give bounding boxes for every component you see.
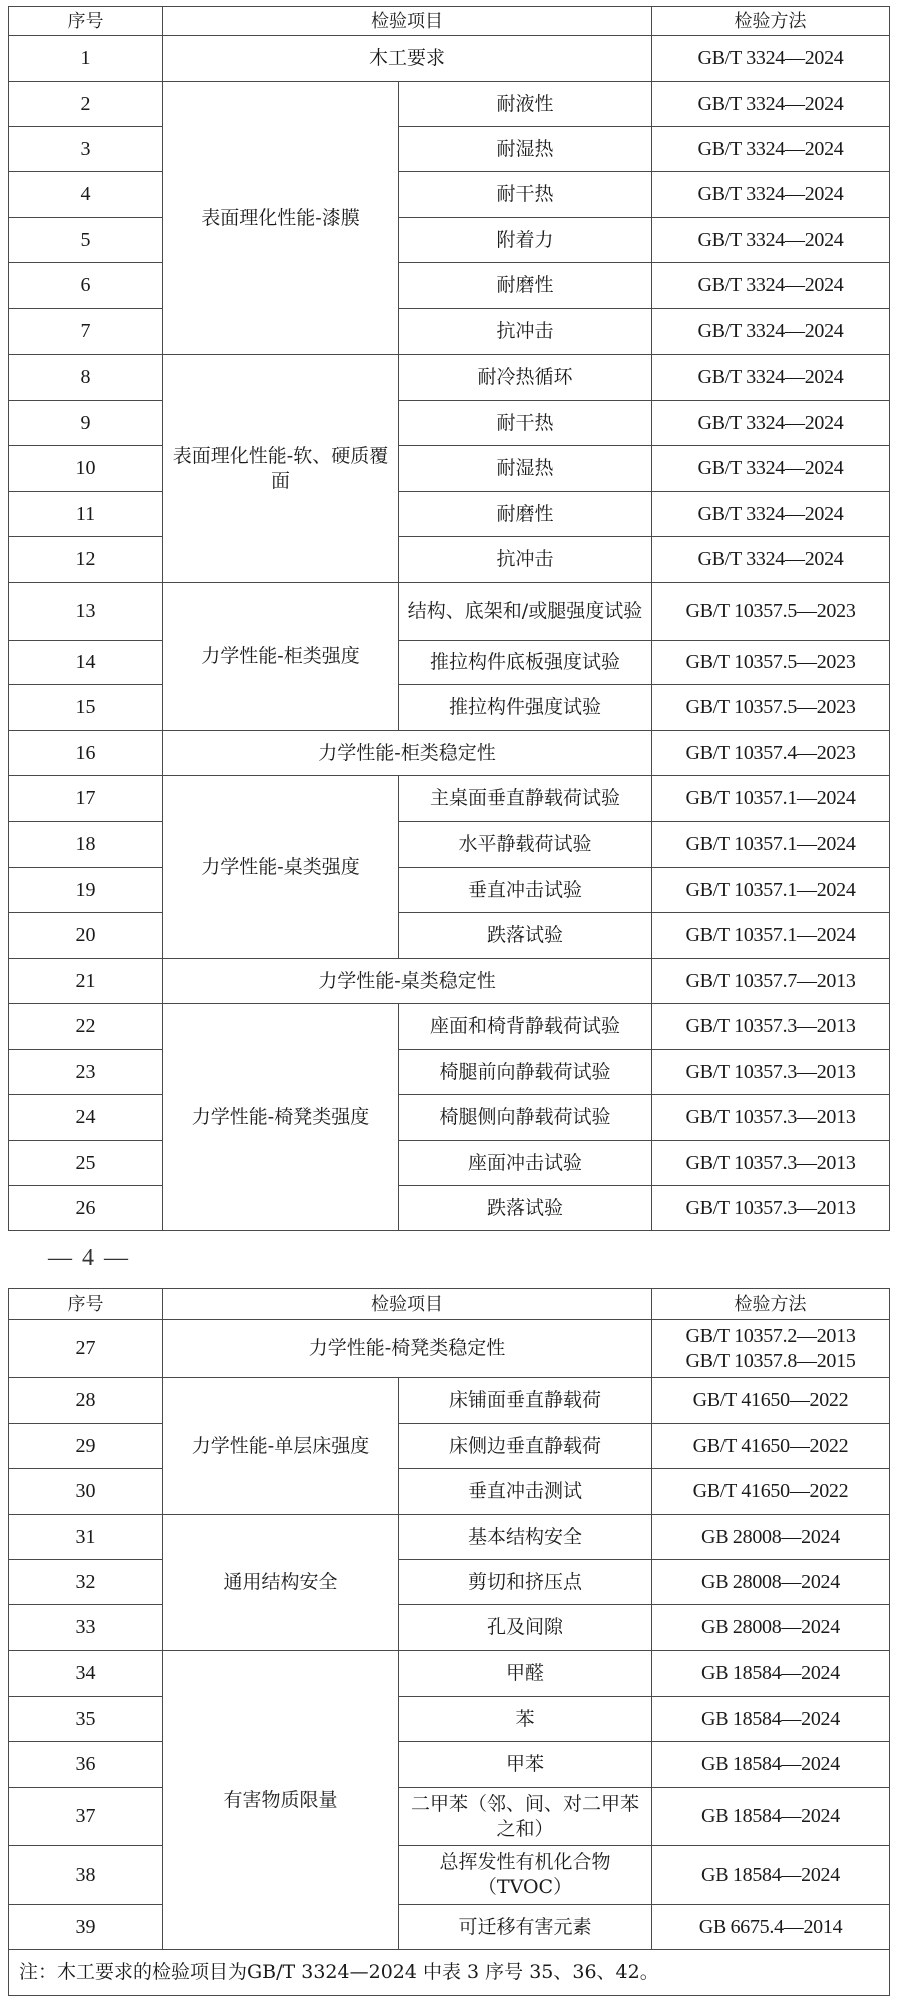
inspection-method: GB/T 10357.4—2023 [652, 731, 890, 776]
method-standard: GB/T 10357.3—2013 [658, 1060, 883, 1085]
inspection-method: GB/T 3324—2024 [652, 537, 890, 583]
row-number: 39 [9, 1905, 163, 1950]
method-standard: GB/T 10357.1—2024 [658, 923, 883, 948]
inspection-subitem: 推拉构件强度试验 [399, 685, 652, 731]
row-number: 34 [9, 1651, 163, 1697]
table-row: 14推拉构件底板强度试验GB/T 10357.5—2023 [9, 641, 890, 685]
table-row: 20跌落试验GB/T 10357.1—2024 [9, 913, 890, 959]
table-row: 34有害物质限量甲醛GB 18584—2024 [9, 1651, 890, 1697]
method-standard: GB/T 41650—2022 [658, 1388, 883, 1413]
table-row: 5附着力GB/T 3324—2024 [9, 218, 890, 263]
inspection-method: GB 6675.4—2014 [652, 1905, 890, 1950]
row-number: 7 [9, 309, 163, 355]
row-number: 20 [9, 913, 163, 959]
inspection-subitem: 孔及间隙 [399, 1605, 652, 1651]
method-standard: GB 28008—2024 [658, 1570, 883, 1595]
inspection-method: GB/T 10357.5—2023 [652, 685, 890, 731]
method-standard: GB/T 3324—2024 [658, 411, 883, 436]
inspection-subitem: 椅腿侧向静载荷试验 [399, 1095, 652, 1141]
inspection-method: GB 18584—2024 [652, 1788, 890, 1846]
inspection-group: 表面理化性能-漆膜 [163, 82, 399, 355]
inspection-method: GB 28008—2024 [652, 1515, 890, 1560]
inspection-subitem: 附着力 [399, 218, 652, 263]
table-row: 1木工要求GB/T 3324—2024 [9, 36, 890, 82]
inspection-item: 力学性能-柜类稳定性 [163, 731, 652, 776]
row-number: 36 [9, 1742, 163, 1788]
method-standard: GB/T 10357.3—2013 [658, 1014, 883, 1039]
header-num: 序号 [9, 1289, 163, 1320]
table-row: 23椅腿前向静载荷试验GB/T 10357.3—2013 [9, 1050, 890, 1095]
inspection-subitem: 结构、底架和/或腿强度试验 [399, 583, 652, 641]
row-number: 23 [9, 1050, 163, 1095]
table-row: 29床侧边垂直静载荷GB/T 41650—2022 [9, 1424, 890, 1469]
row-number: 15 [9, 685, 163, 731]
inspection-table-2: 序号 检验项目 检验方法 27力学性能-椅凳类稳定性GB/T 10357.2—2… [8, 1288, 890, 1996]
row-number: 26 [9, 1186, 163, 1231]
inspection-method: GB/T 3324—2024 [652, 172, 890, 218]
inspection-method: GB/T 3324—2024 [652, 492, 890, 537]
table-row: 22力学性能-椅凳类强度座面和椅背静载荷试验GB/T 10357.3—2013 [9, 1004, 890, 1050]
method-standard: GB/T 3324—2024 [658, 319, 883, 344]
method-standard: GB 18584—2024 [658, 1707, 883, 1732]
inspection-method: GB 18584—2024 [652, 1742, 890, 1788]
inspection-method: GB/T 3324—2024 [652, 82, 890, 127]
header-method: 检验方法 [652, 1289, 890, 1320]
inspection-method: GB/T 10357.1—2024 [652, 913, 890, 959]
table-row: 12抗冲击GB/T 3324—2024 [9, 537, 890, 583]
method-standard: GB/T 3324—2024 [658, 182, 883, 207]
table-row: 28力学性能-单层床强度床铺面垂直静载荷GB/T 41650—2022 [9, 1378, 890, 1424]
inspection-group: 力学性能-柜类强度 [163, 583, 399, 731]
method-standard: GB/T 10357.1—2024 [658, 832, 883, 857]
inspection-subitem: 总挥发性有机化合物（TVOC） [399, 1846, 652, 1905]
row-number: 33 [9, 1605, 163, 1651]
inspection-method: GB/T 3324—2024 [652, 446, 890, 492]
inspection-method: GB/T 3324—2024 [652, 127, 890, 172]
table-row: 31通用结构安全基本结构安全GB 28008—2024 [9, 1515, 890, 1560]
table-row: 16力学性能-柜类稳定性GB/T 10357.4—2023 [9, 731, 890, 776]
method-standard: GB/T 3324—2024 [658, 456, 883, 481]
row-number: 8 [9, 355, 163, 401]
table-row: 9耐干热GB/T 3324—2024 [9, 401, 890, 446]
inspection-method: GB/T 10357.3—2013 [652, 1186, 890, 1231]
inspection-subitem: 抗冲击 [399, 309, 652, 355]
row-number: 12 [9, 537, 163, 583]
row-number: 11 [9, 492, 163, 537]
inspection-method: GB/T 3324—2024 [652, 355, 890, 401]
inspection-subitem: 座面和椅背静载荷试验 [399, 1004, 652, 1050]
inspection-subitem: 甲苯 [399, 1742, 652, 1788]
table-header-row: 序号 检验项目 检验方法 [9, 1289, 890, 1320]
table-row: 17力学性能-桌类强度主桌面垂直静载荷试验GB/T 10357.1—2024 [9, 776, 890, 822]
table-row: 25座面冲击试验GB/T 10357.3—2013 [9, 1141, 890, 1186]
method-standard: GB 6675.4—2014 [658, 1915, 883, 1940]
inspection-subitem: 苯 [399, 1697, 652, 1742]
inspection-method: GB 28008—2024 [652, 1560, 890, 1605]
table-row: 38总挥发性有机化合物（TVOC）GB 18584—2024 [9, 1846, 890, 1905]
inspection-subitem: 主桌面垂直静载荷试验 [399, 776, 652, 822]
method-standard: GB/T 10357.5—2023 [658, 650, 883, 675]
inspection-item: 木工要求 [163, 36, 652, 82]
inspection-method: GB/T 10357.5—2023 [652, 583, 890, 641]
inspection-method: GB/T 3324—2024 [652, 218, 890, 263]
inspection-subitem: 剪切和挤压点 [399, 1560, 652, 1605]
table-row: 36甲苯GB 18584—2024 [9, 1742, 890, 1788]
row-number: 1 [9, 36, 163, 82]
inspection-method: GB/T 3324—2024 [652, 263, 890, 309]
inspection-subitem: 床侧边垂直静载荷 [399, 1424, 652, 1469]
inspection-method: GB 18584—2024 [652, 1697, 890, 1742]
inspection-subitem: 水平静载荷试验 [399, 822, 652, 868]
inspection-subitem: 可迁移有害元素 [399, 1905, 652, 1950]
table-row: 32剪切和挤压点GB 28008—2024 [9, 1560, 890, 1605]
table-row: 4耐干热GB/T 3324—2024 [9, 172, 890, 218]
inspection-subitem: 甲醛 [399, 1651, 652, 1697]
table-row: 2表面理化性能-漆膜耐液性GB/T 3324—2024 [9, 82, 890, 127]
method-standard: GB/T 10357.5—2023 [658, 695, 883, 720]
table-row: 39可迁移有害元素GB 6675.4—2014 [9, 1905, 890, 1950]
row-number: 13 [9, 583, 163, 641]
inspection-method: GB/T 10357.3—2013 [652, 1004, 890, 1050]
inspection-method: GB/T 41650—2022 [652, 1424, 890, 1469]
table-row: 13力学性能-柜类强度结构、底架和/或腿强度试验GB/T 10357.5—202… [9, 583, 890, 641]
inspection-method: GB/T 10357.2—2013GB/T 10357.8—2015 [652, 1320, 890, 1378]
inspection-subitem: 耐冷热循环 [399, 355, 652, 401]
inspection-subitem: 跌落试验 [399, 1186, 652, 1231]
row-number: 21 [9, 959, 163, 1004]
row-number: 19 [9, 868, 163, 913]
row-number: 35 [9, 1697, 163, 1742]
inspection-method: GB/T 10357.3—2013 [652, 1095, 890, 1141]
table-row: 11耐磨性GB/T 3324—2024 [9, 492, 890, 537]
inspection-group: 有害物质限量 [163, 1651, 399, 1950]
row-number: 29 [9, 1424, 163, 1469]
row-number: 2 [9, 82, 163, 127]
method-standard: GB 18584—2024 [658, 1752, 883, 1777]
row-number: 31 [9, 1515, 163, 1560]
inspection-subitem: 座面冲击试验 [399, 1141, 652, 1186]
row-number: 25 [9, 1141, 163, 1186]
inspection-method: GB/T 10357.1—2024 [652, 822, 890, 868]
inspection-method: GB/T 10357.1—2024 [652, 776, 890, 822]
inspection-group: 表面理化性能-软、硬质覆面 [163, 355, 399, 583]
inspection-subitem: 床铺面垂直静载荷 [399, 1378, 652, 1424]
inspection-method: GB/T 41650—2022 [652, 1378, 890, 1424]
inspection-method: GB/T 3324—2024 [652, 36, 890, 82]
inspection-method: GB/T 10357.3—2013 [652, 1141, 890, 1186]
inspection-subitem: 耐液性 [399, 82, 652, 127]
row-number: 4 [9, 172, 163, 218]
method-standard: GB/T 10357.5—2023 [658, 599, 883, 624]
table-row: 7抗冲击GB/T 3324—2024 [9, 309, 890, 355]
inspection-method: GB 28008—2024 [652, 1605, 890, 1651]
row-number: 24 [9, 1095, 163, 1141]
table-row: 24椅腿侧向静载荷试验GB/T 10357.3—2013 [9, 1095, 890, 1141]
inspection-subitem: 耐湿热 [399, 127, 652, 172]
header-item: 检验项目 [163, 7, 652, 36]
row-number: 5 [9, 218, 163, 263]
table-row: 15推拉构件强度试验GB/T 10357.5—2023 [9, 685, 890, 731]
inspection-subitem: 垂直冲击试验 [399, 868, 652, 913]
inspection-subitem: 抗冲击 [399, 537, 652, 583]
header-item: 检验项目 [163, 1289, 652, 1320]
row-number: 18 [9, 822, 163, 868]
row-number: 16 [9, 731, 163, 776]
table-row: 3耐湿热GB/T 3324—2024 [9, 127, 890, 172]
inspection-method: GB/T 10357.1—2024 [652, 868, 890, 913]
inspection-group: 力学性能-桌类强度 [163, 776, 399, 959]
method-standard: GB/T 3324—2024 [658, 273, 883, 298]
table-row: 35苯GB 18584—2024 [9, 1697, 890, 1742]
method-standard: GB/T 10357.4—2023 [658, 741, 883, 766]
inspection-method: GB/T 10357.5—2023 [652, 641, 890, 685]
inspection-table-1: 序号 检验项目 检验方法 1木工要求GB/T 3324—20242表面理化性能-… [8, 6, 890, 1231]
inspection-group: 力学性能-椅凳类强度 [163, 1004, 399, 1231]
table-row: 37二甲苯（邻、间、对二甲苯之和）GB 18584—2024 [9, 1788, 890, 1846]
note-row: 注：木工要求的检验项目为GB/T 3324—2024 中表 3 序号 35、36… [9, 1950, 890, 1996]
inspection-method: GB 18584—2024 [652, 1846, 890, 1905]
method-standard: GB/T 3324—2024 [658, 92, 883, 117]
table-header-row: 序号 检验项目 检验方法 [9, 7, 890, 36]
table-row: 33孔及间隙GB 28008—2024 [9, 1605, 890, 1651]
row-number: 38 [9, 1846, 163, 1905]
inspection-item: 力学性能-椅凳类稳定性 [163, 1320, 652, 1378]
method-standard: GB/T 41650—2022 [658, 1434, 883, 1459]
inspection-subitem: 垂直冲击测试 [399, 1469, 652, 1515]
method-standard: GB/T 10357.3—2013 [658, 1196, 883, 1221]
row-number: 28 [9, 1378, 163, 1424]
page-number: — 4 — [48, 1245, 130, 1272]
method-standard: GB/T 10357.1—2024 [658, 878, 883, 903]
inspection-method: GB/T 10357.3—2013 [652, 1050, 890, 1095]
method-standard: GB/T 3324—2024 [658, 502, 883, 527]
inspection-group: 力学性能-单层床强度 [163, 1378, 399, 1515]
inspection-method: GB/T 3324—2024 [652, 401, 890, 446]
row-number: 3 [9, 127, 163, 172]
method-standard: GB/T 3324—2024 [658, 365, 883, 390]
table-row: 18水平静载荷试验GB/T 10357.1—2024 [9, 822, 890, 868]
method-standard: GB/T 10357.8—2015 [658, 1349, 883, 1374]
table-row: 21力学性能-桌类稳定性GB/T 10357.7—2013 [9, 959, 890, 1004]
inspection-item: 力学性能-桌类稳定性 [163, 959, 652, 1004]
method-standard: GB/T 10357.3—2013 [658, 1105, 883, 1130]
inspection-method: GB 18584—2024 [652, 1651, 890, 1697]
header-num: 序号 [9, 7, 163, 36]
inspection-subitem: 耐干热 [399, 172, 652, 218]
header-method: 检验方法 [652, 7, 890, 36]
row-number: 32 [9, 1560, 163, 1605]
method-standard: GB 18584—2024 [658, 1661, 883, 1686]
table-row: 27力学性能-椅凳类稳定性GB/T 10357.2—2013GB/T 10357… [9, 1320, 890, 1378]
row-number: 14 [9, 641, 163, 685]
method-standard: GB/T 41650—2022 [658, 1479, 883, 1504]
inspection-subitem: 二甲苯（邻、间、对二甲苯之和） [399, 1788, 652, 1846]
method-standard: GB/T 3324—2024 [658, 137, 883, 162]
method-standard: GB 28008—2024 [658, 1525, 883, 1550]
row-number: 9 [9, 401, 163, 446]
table-row: 8表面理化性能-软、硬质覆面耐冷热循环GB/T 3324—2024 [9, 355, 890, 401]
method-standard: GB/T 10357.2—2013 [658, 1324, 883, 1349]
row-number: 30 [9, 1469, 163, 1515]
inspection-subitem: 耐磨性 [399, 492, 652, 537]
inspection-subitem: 跌落试验 [399, 913, 652, 959]
method-standard: GB/T 10357.3—2013 [658, 1151, 883, 1176]
table-row: 19垂直冲击试验GB/T 10357.1—2024 [9, 868, 890, 913]
inspection-subitem: 推拉构件底板强度试验 [399, 641, 652, 685]
inspection-subitem: 基本结构安全 [399, 1515, 652, 1560]
method-standard: GB/T 3324—2024 [658, 46, 883, 71]
method-standard: GB 18584—2024 [658, 1863, 883, 1888]
inspection-method: GB/T 10357.7—2013 [652, 959, 890, 1004]
table-row: 30垂直冲击测试GB/T 41650—2022 [9, 1469, 890, 1515]
inspection-method: GB/T 3324—2024 [652, 309, 890, 355]
inspection-method: GB/T 41650—2022 [652, 1469, 890, 1515]
inspection-subitem: 耐湿热 [399, 446, 652, 492]
row-number: 17 [9, 776, 163, 822]
method-standard: GB 28008—2024 [658, 1615, 883, 1640]
method-standard: GB/T 10357.7—2013 [658, 969, 883, 994]
row-number: 10 [9, 446, 163, 492]
inspection-subitem: 耐干热 [399, 401, 652, 446]
row-number: 27 [9, 1320, 163, 1378]
row-number: 6 [9, 263, 163, 309]
table-row: 26跌落试验GB/T 10357.3—2013 [9, 1186, 890, 1231]
method-standard: GB/T 3324—2024 [658, 228, 883, 253]
row-number: 37 [9, 1788, 163, 1846]
inspection-group: 通用结构安全 [163, 1515, 399, 1651]
method-standard: GB 18584—2024 [658, 1804, 883, 1829]
table-row: 10耐湿热GB/T 3324—2024 [9, 446, 890, 492]
table-note: 注：木工要求的检验项目为GB/T 3324—2024 中表 3 序号 35、36… [9, 1950, 890, 1996]
method-standard: GB/T 10357.1—2024 [658, 786, 883, 811]
table-row: 6耐磨性GB/T 3324—2024 [9, 263, 890, 309]
inspection-subitem: 椅腿前向静载荷试验 [399, 1050, 652, 1095]
row-number: 22 [9, 1004, 163, 1050]
inspection-subitem: 耐磨性 [399, 263, 652, 309]
method-standard: GB/T 3324—2024 [658, 547, 883, 572]
